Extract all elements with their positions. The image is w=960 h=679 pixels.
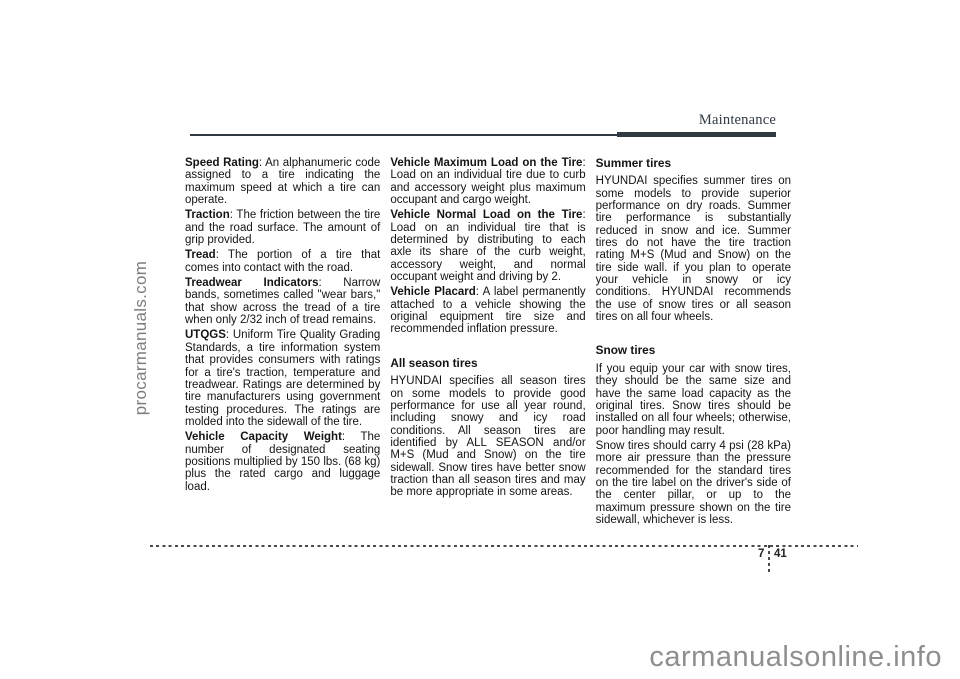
paragraph-snow-tires-2: Snow tires should carry 4 psi (28 kPa) m…	[596, 440, 791, 526]
term-vehicle-maximum-load: Vehicle Maximum Load on the Tire	[390, 157, 582, 169]
definition-text: : Uniform Tire Quality Grading Standards…	[185, 329, 380, 427]
definition-vehicle-maximum-load: Vehicle Maximum Load on the Tire: Load o…	[390, 157, 585, 206]
term-utqgs: UTQGS	[185, 329, 226, 341]
paragraph-summer-tires: HYUNDAI specifies summer tires on some m…	[596, 175, 791, 323]
footer-dashed-line	[150, 545, 858, 547]
page-number-value: 41	[774, 548, 787, 560]
term-vehicle-capacity-weight: Vehicle Capacity Weight	[185, 431, 342, 443]
manual-page: procarmanuals.com Maintenance Speed Rati…	[0, 0, 960, 679]
text-columns: Speed Rating: An alphanumeric code assig…	[185, 157, 791, 529]
term-speed-rating: Speed Rating	[185, 157, 259, 169]
term-tread: Tread	[185, 249, 216, 261]
term-vehicle-normal-load: Vehicle Normal Load on the Tire	[390, 209, 582, 221]
definition-vehicle-capacity-weight: Vehicle Capacity Weight: The number of d…	[185, 431, 380, 493]
definition-traction: Traction: The friction between the tire …	[185, 209, 380, 246]
paragraph-all-season-tires: HYUNDAI specifies all season tires on so…	[390, 375, 585, 498]
header-rule-thin	[190, 134, 618, 136]
watermark-procarmanuals: procarmanuals.com	[131, 261, 151, 415]
definition-speed-rating: Speed Rating: An alphanumeric code assig…	[185, 157, 380, 206]
definition-vehicle-placard: Vehicle Placard: A label permanently att…	[390, 286, 585, 335]
column-2: Vehicle Maximum Load on the Tire: Load o…	[390, 157, 585, 529]
paragraph-snow-tires-1: If you equip your car with snow tires, t…	[596, 363, 791, 437]
header-rule-thick	[617, 132, 776, 138]
term-traction: Traction	[185, 209, 230, 221]
page-number: 7 41	[758, 548, 787, 573]
section-number: 7	[758, 548, 764, 560]
heading-summer-tires: Summer tires	[596, 157, 791, 169]
column-3: Summer tires HYUNDAI specifies summer ti…	[596, 157, 791, 529]
chapter-title: Maintenance	[0, 112, 776, 129]
definition-treadwear-indicators: Treadwear Indicators: Narrow bands, some…	[185, 277, 380, 326]
definition-utqgs: UTQGS: Uniform Tire Quality Grading Stan…	[185, 329, 380, 428]
heading-snow-tires: Snow tires	[596, 344, 791, 356]
term-treadwear-indicators: Treadwear Indicators	[185, 277, 318, 289]
column-1: Speed Rating: An alphanumeric code assig…	[185, 157, 380, 529]
page-number-divider	[768, 545, 770, 573]
watermark-carmanualsonline: carmanualsonline.info	[649, 641, 942, 674]
definition-tread: Tread: The portion of a tire that comes …	[185, 249, 380, 274]
heading-all-season-tires: All season tires	[390, 357, 585, 369]
term-vehicle-placard: Vehicle Placard	[390, 286, 475, 298]
definition-vehicle-normal-load: Vehicle Normal Load on the Tire: Load on…	[390, 209, 585, 283]
